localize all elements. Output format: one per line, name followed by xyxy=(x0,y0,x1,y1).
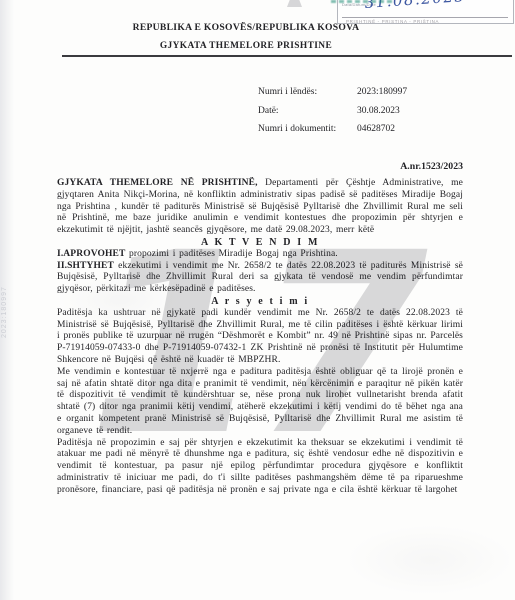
case-meta-block: Numri i lëndës:2023:180997 Datë:30.08.20… xyxy=(258,83,407,139)
stamp-cities-line: PRISHTINË - PRISTINA - PRIŠTINA xyxy=(346,19,439,24)
decision-point-1: I.APROVOHET propozimi i paditëses Miradi… xyxy=(57,249,463,261)
margin-vertical-case-number: 2023:180997 xyxy=(1,233,8,338)
intro-paragraph: GJYKATA THEMELORE NË PRISHTINË, Departam… xyxy=(57,178,463,237)
decision-heading: A K T V E N D I M xyxy=(57,237,463,249)
stamp-green-text-fragment xyxy=(331,0,395,3)
reasoning-paragraph-3: Paditësja në propozimin e saj për shtyrj… xyxy=(57,438,463,497)
received-date-stamp: Data/Datum/Date 31.08.2023 PRISHTINË - P… xyxy=(337,0,514,24)
point-lead: II.SHTYHET xyxy=(57,261,114,271)
header-divider xyxy=(62,55,512,57)
point-rest: propozimi i paditëses Miradije Bogaj nga… xyxy=(125,249,337,259)
decision-point-2: II.SHTYHET ekzekutimi i vendimit me Nr. … xyxy=(57,261,463,296)
meta-row-case-number: Numri i lëndës:2023:180997 xyxy=(258,83,407,102)
meta-label: Numri i lëndës: xyxy=(258,83,357,102)
reasoning-heading: A r s y e t i m i xyxy=(57,296,463,308)
court-title: GJYKATA THEMELORE PRISHTINE xyxy=(0,41,492,51)
reasoning-paragraph-1: Paditësja ka ushtruar në gjykatë padi ku… xyxy=(57,308,463,367)
meta-value: 04628702 xyxy=(357,124,395,134)
meta-row-date: Datë:30.08.2023 xyxy=(258,102,407,121)
meta-row-document-number: Numri i dokumentit:04628702 xyxy=(258,120,407,139)
point-lead: I.APROVOHET xyxy=(57,249,125,259)
intro-lead: GJYKATA THEMELORE NË PRISHTINË, xyxy=(57,178,258,188)
document-body: GJYKATA THEMELORE NË PRISHTINË, Departam… xyxy=(57,178,463,497)
coat-of-arms-fragment-icon xyxy=(287,0,302,7)
scanned-court-document: REPUBLIKA E KOSOVËS/REPUBLIKA KOSOVA GJY… xyxy=(0,0,515,600)
case-number: A.nr.1523/2023 xyxy=(57,161,463,172)
meta-value: 2023:180997 xyxy=(357,87,407,97)
reasoning-paragraph-2: Me vendimin e kontestuar të nxjerrë nga … xyxy=(57,367,463,438)
point-rest: ekzekutimi i vendimit me Nr. 2658/2 te d… xyxy=(57,261,463,295)
meta-label: Numri i dokumentit: xyxy=(258,120,357,139)
meta-label: Datë: xyxy=(258,102,357,121)
meta-value: 30.08.2023 xyxy=(357,106,400,116)
